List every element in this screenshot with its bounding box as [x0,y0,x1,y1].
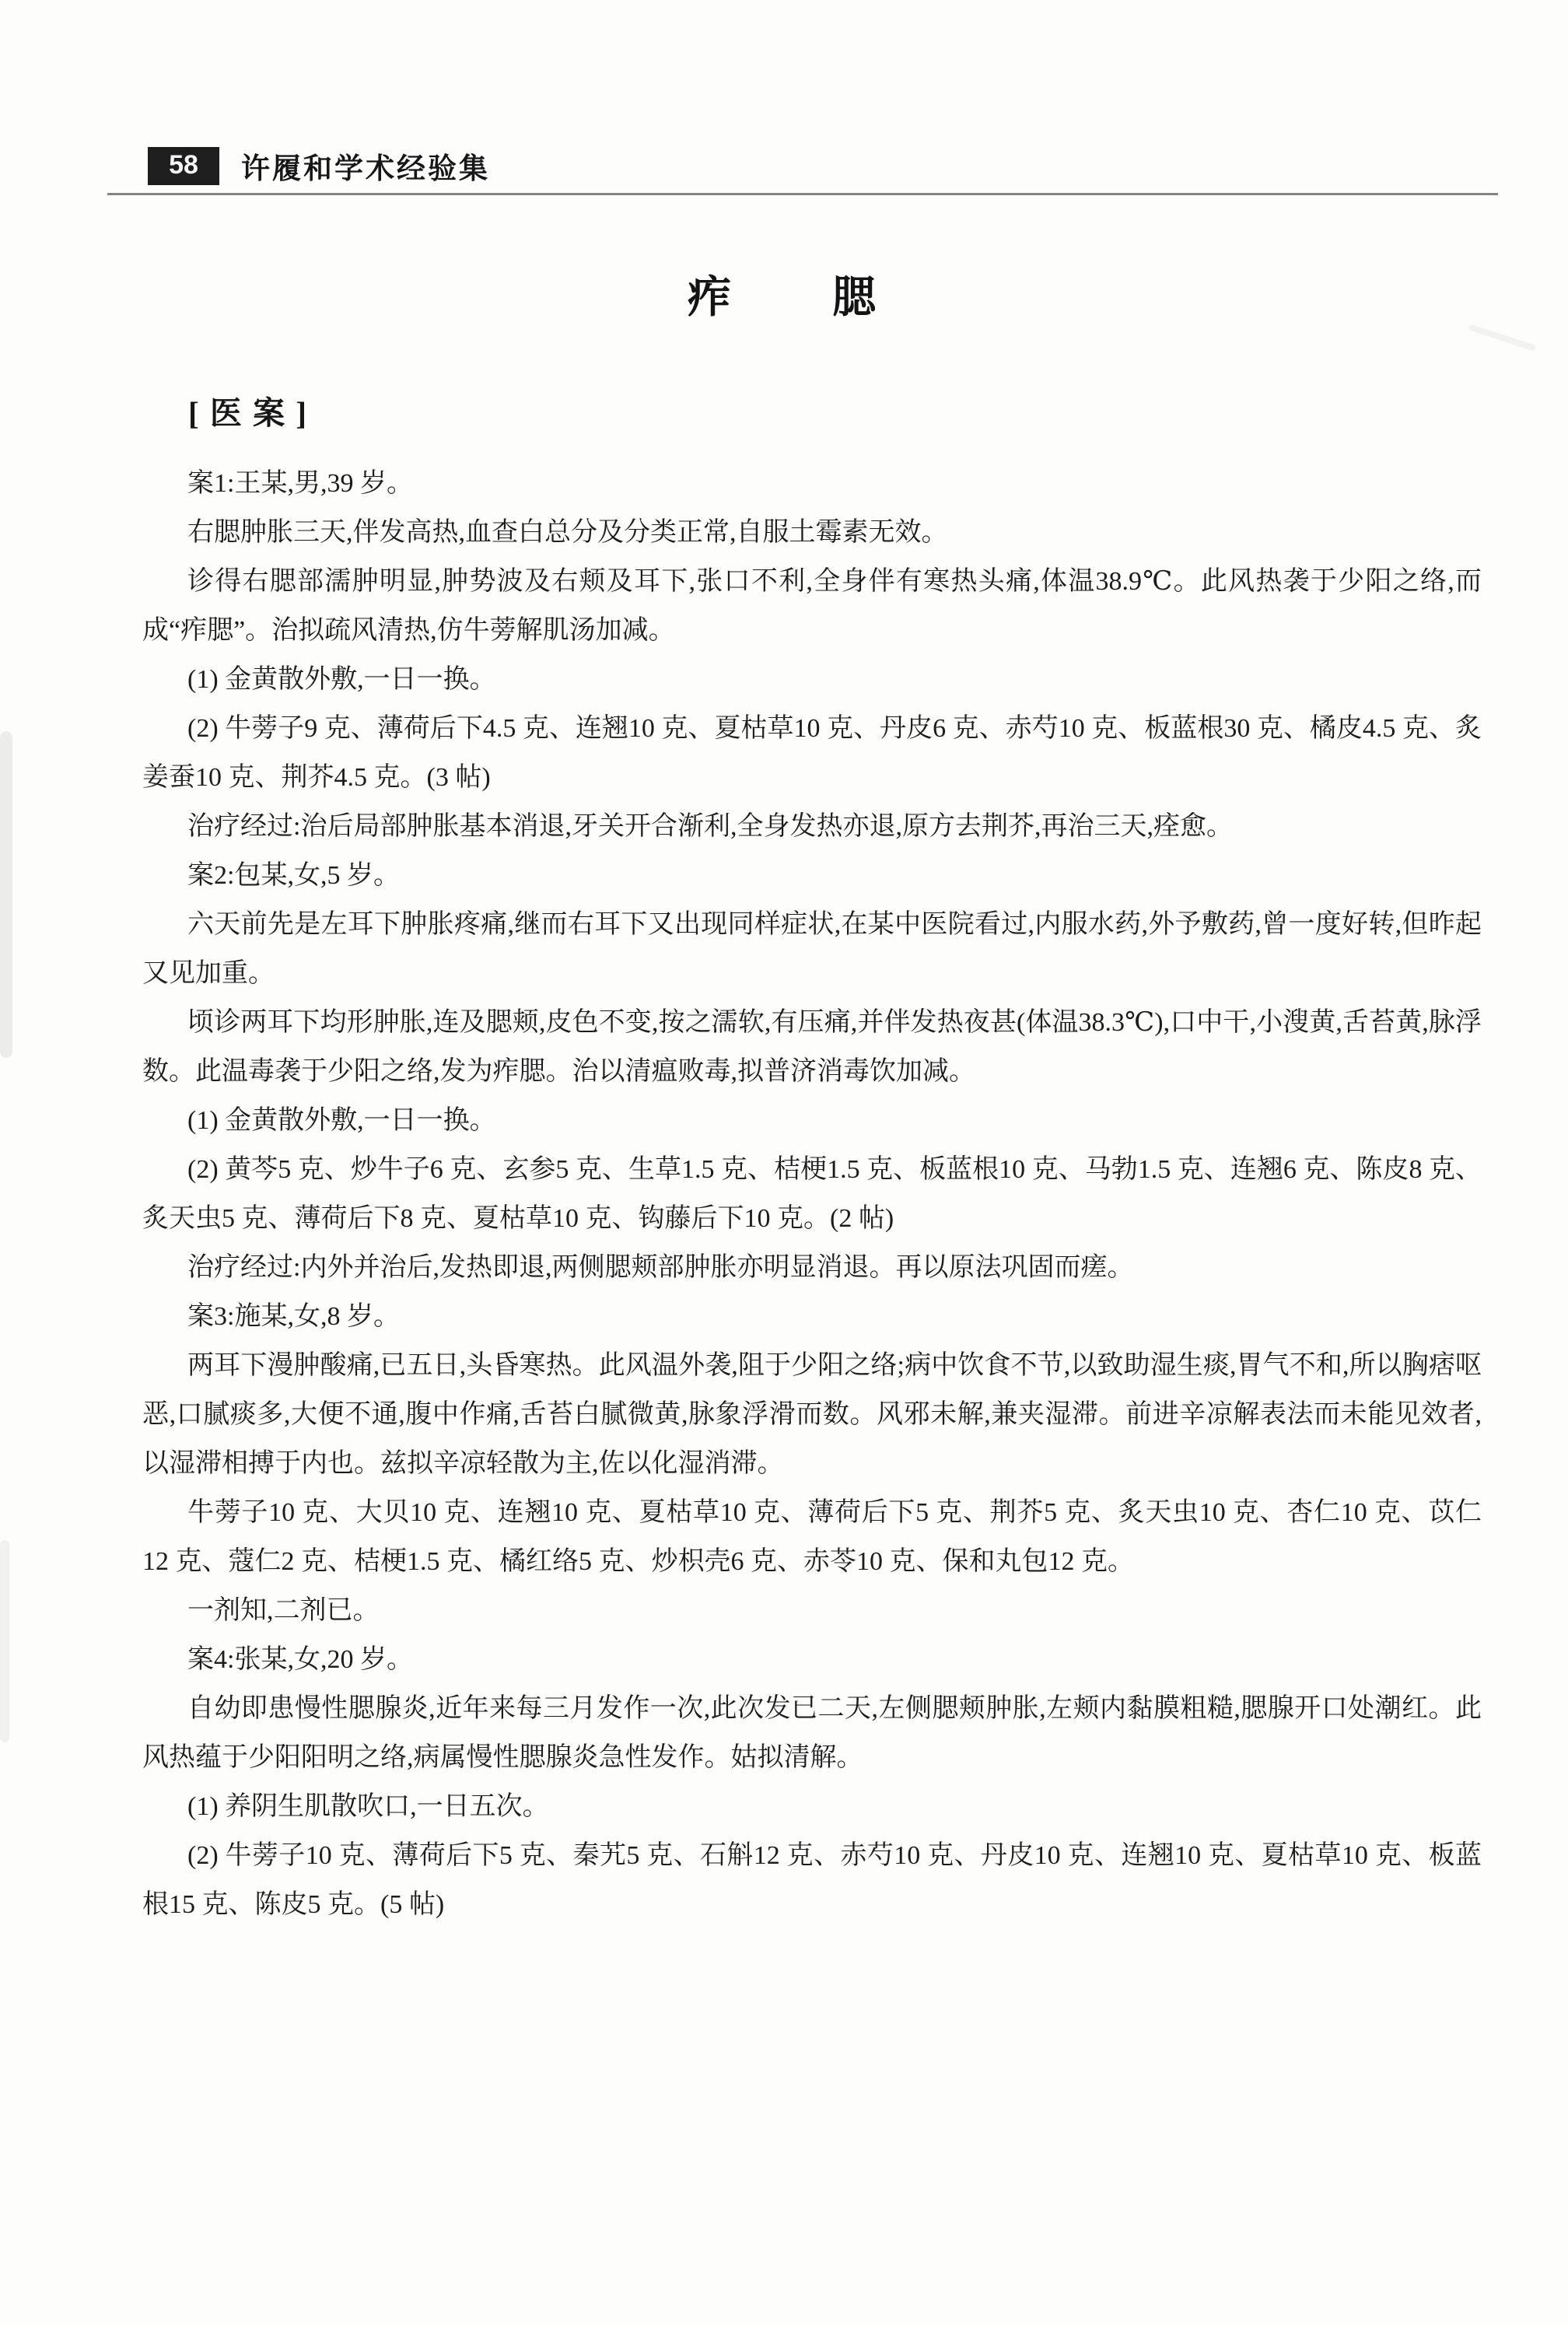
case1-history: 右腮肿胀三天,伴发高热,血查白总分及分类正常,自服土霉素无效。 [142,508,1482,557]
case2-treatment-item-2: (2) 黄芩5 克、炒牛子6 克、玄参5 克、生草1.5 克、桔梗1.5 克、板… [142,1145,1482,1243]
case1-treatment-item-2: (2) 牛蒡子9 克、薄荷后下4.5 克、连翘10 克、夏枯草10 克、丹皮6 … [142,704,1482,802]
case1-heading: 案1:王某,男,39 岁。 [142,459,1482,508]
chapter-title: 痄 腮 [0,263,1568,325]
medical-case-records: 案1:王某,男,39 岁。 右腮肿胀三天,伴发高热,血查白总分及分类正常,自服土… [142,459,1482,1929]
case4-treatment-item-2: (2) 牛蒡子10 克、薄荷后下5 克、秦艽5 克、石斛12 克、赤芍10 克、… [142,1831,1482,1929]
case2-outcome: 治疗经过:内外并治后,发热即退,两侧腮颊部肿胀亦明显消退。再以原法巩固而瘥。 [142,1243,1482,1292]
header-rule [107,193,1498,195]
case1-diagnosis: 诊得右腮部濡肿明显,肿势波及右颊及耳下,张口不利,全身伴有寒热头痛,体温38.9… [142,557,1482,655]
scan-artifact [0,1540,9,1742]
book-page: 58 许履和学术经验集 痄 腮 [ 医 案 ] 案1:王某,男,39 岁。 右腮… [0,0,1568,2325]
case1-outcome: 治疗经过:治后局部肿胀基本消退,牙关开合渐利,全身发热亦退,原方去荆芥,再治三天… [142,802,1482,851]
case3-heading: 案3:施某,女,8 岁。 [142,1292,1482,1341]
case4-diagnosis: 自幼即患慢性腮腺炎,近年来每三月发作一次,此次发已二天,左侧腮颊肿胀,左颊内黏膜… [142,1684,1482,1782]
running-head: 58 许履和学术经验集 [148,145,490,187]
case2-diagnosis: 顷诊两耳下均形肿胀,连及腮颊,皮色不变,按之濡软,有压痛,并伴发热夜甚(体温38… [142,998,1482,1096]
case3-diagnosis: 两耳下漫肿酸痛,已五日,头昏寒热。此风温外袭,阻于少阳之络;病中饮食不节,以致助… [142,1341,1482,1488]
case4-treatment-item-1: (1) 养阴生肌散吹口,一日五次。 [142,1782,1482,1831]
case2-treatment-item-1: (1) 金黄散外敷,一日一换。 [142,1096,1482,1145]
scan-artifact [1468,324,1536,351]
case4-heading: 案4:张某,女,20 岁。 [142,1635,1482,1684]
case3-outcome: 一剂知,二剂已。 [142,1586,1482,1635]
case2-heading: 案2:包某,女,5 岁。 [142,851,1482,900]
case1-treatment-item-1: (1) 金黄散外敷,一日一换。 [142,655,1482,704]
scan-artifact [0,731,12,1058]
case3-prescription: 牛蒡子10 克、大贝10 克、连翘10 克、夏枯草10 克、薄荷后下5 克、荆芥… [142,1488,1482,1586]
section-label: [ 医 案 ] [188,387,308,433]
page-number-badge: 58 [148,147,219,185]
book-title: 许履和学术经验集 [241,145,490,187]
case2-history: 六天前先是左耳下肿胀疼痛,继而右耳下又出现同样症状,在某中医院看过,内服水药,外… [142,900,1482,998]
